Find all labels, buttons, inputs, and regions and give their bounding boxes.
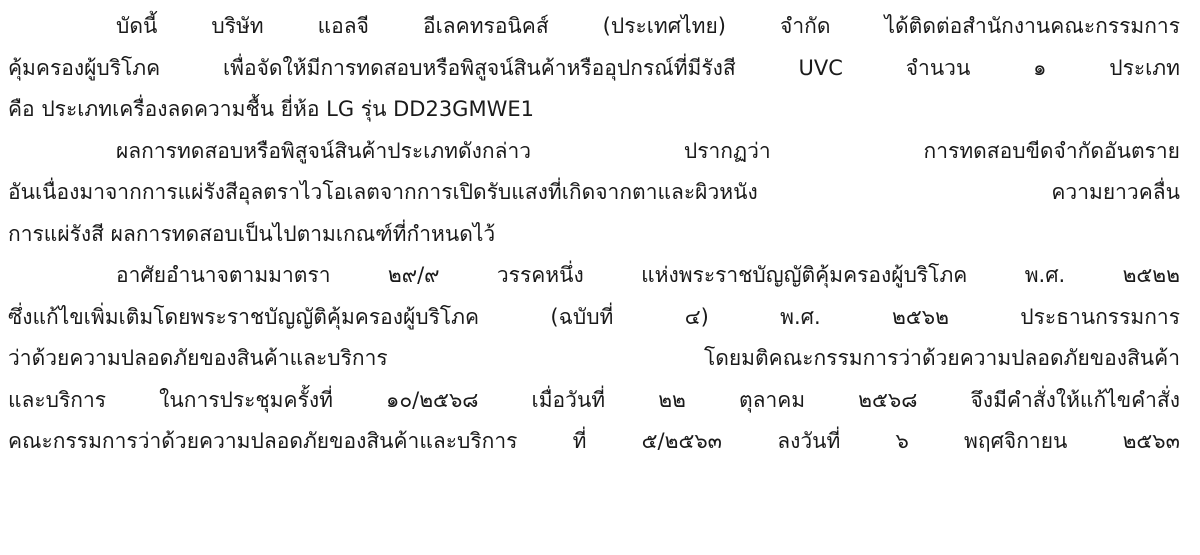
paragraph-company-contact: บัดนี้ บริษัท แอลจี อีเลคทรอนิคส์ (ประเท… xyxy=(8,6,1180,131)
document-page: บัดนี้ บริษัท แอลจี อีเลคทรอนิคส์ (ประเท… xyxy=(8,6,1180,463)
text-line: ผลการทดสอบหรือพิสูจน์สินค้าประเภทดังกล่า… xyxy=(8,131,1180,173)
paragraph-legal-authority: อาศัยอำนาจตามมาตรา ๒๙/๙ วรรคหนึ่ง แห่งพร… xyxy=(8,255,1180,463)
text-line: การแผ่รังสี ผลการทดสอบเป็นไปตามเกณฑ์ที่ก… xyxy=(8,214,1180,256)
paragraph-test-results: ผลการทดสอบหรือพิสูจน์สินค้าประเภทดังกล่า… xyxy=(8,131,1180,256)
text-line: อันเนื่องมาจากการแผ่รังสีอุลตราไวโอเลตจา… xyxy=(8,172,1180,214)
text-line: ซึ่งแก้ไขเพิ่มเติมโดยพระราชบัญญัติคุ้มคร… xyxy=(8,297,1180,339)
text-line: ว่าด้วยความปลอดภัยของสินค้าและบริการ โดย… xyxy=(8,338,1180,380)
text-line: บัดนี้ บริษัท แอลจี อีเลคทรอนิคส์ (ประเท… xyxy=(8,6,1180,48)
text-line: คือ ประเภทเครื่องลดความชื้น ยี่ห้อ LG รุ… xyxy=(8,89,1180,131)
text-line: อาศัยอำนาจตามมาตรา ๒๙/๙ วรรคหนึ่ง แห่งพร… xyxy=(8,255,1180,297)
text-line: และบริการ ในการประชุมครั้งที่ ๑๐/๒๕๖๘ เม… xyxy=(8,380,1180,422)
text-line: คณะกรรมการว่าด้วยความปลอดภัยของสินค้าและ… xyxy=(8,421,1180,463)
text-line: คุ้มครองผู้บริโภค เพื่อจัดให้มีการทดสอบห… xyxy=(8,48,1180,90)
